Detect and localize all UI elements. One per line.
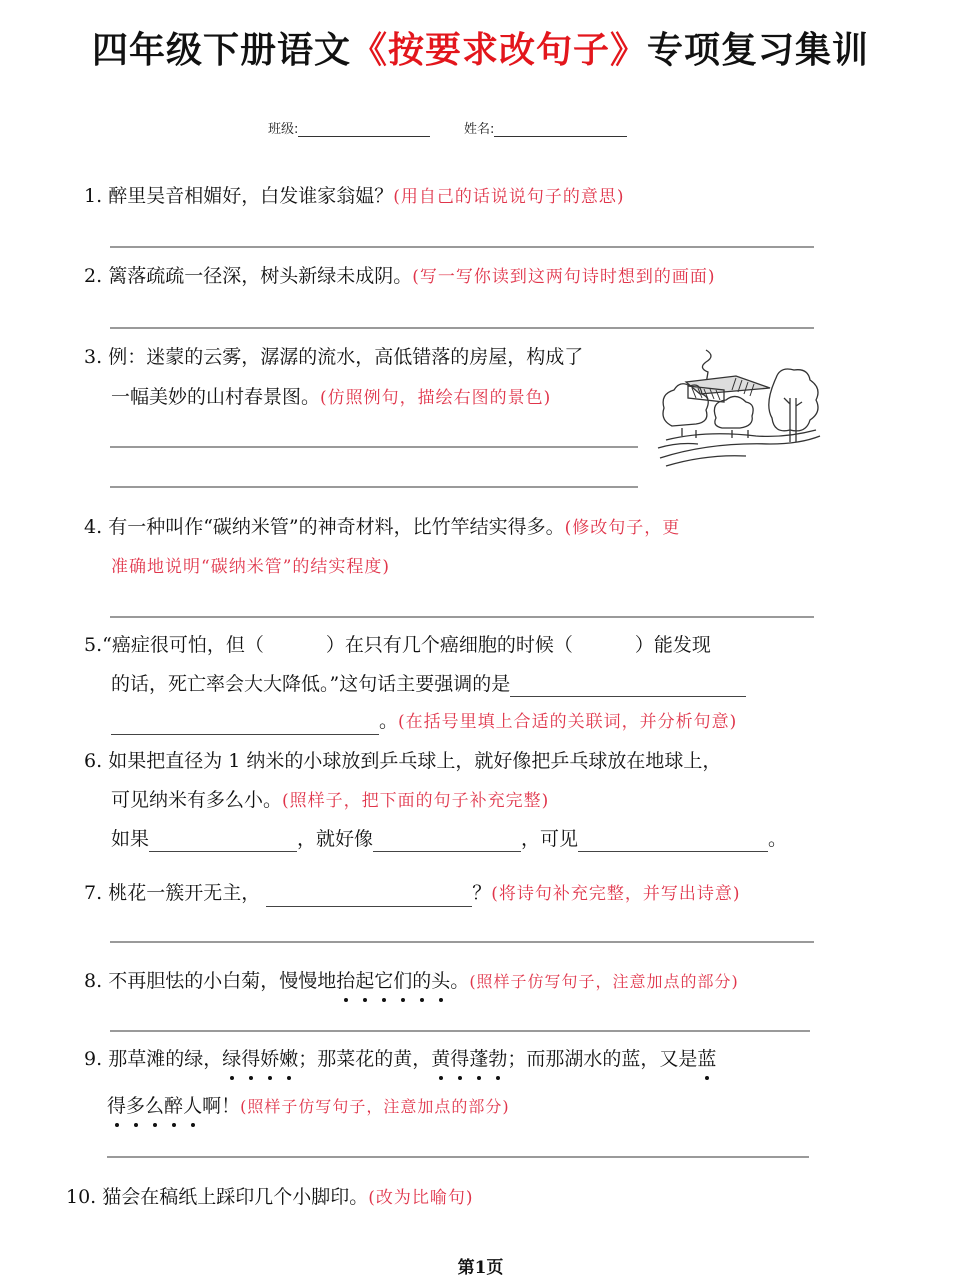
dotted-char: 多	[126, 1093, 145, 1119]
answer-blank-7a[interactable]	[266, 886, 472, 907]
answer-line-9[interactable]	[107, 1156, 809, 1158]
class-blank[interactable]	[298, 124, 430, 137]
question-4-line2: 准确地说明“碳纳米管”的结实程度)	[111, 553, 390, 580]
dotted-char: 嫩	[279, 1046, 298, 1072]
question-text: ；而那湖水的蓝，又是	[507, 1048, 697, 1070]
dotted-char: 们	[393, 968, 412, 994]
question-number: 1.	[84, 185, 102, 207]
question-5-line3: 。(在括号里填上合适的关联词，并分析句意)	[111, 708, 737, 735]
page-number: 第1页	[0, 1253, 961, 1278]
question-hint: (仿照例句，描绘右图的景色)	[320, 388, 551, 408]
question-hint: (用自己的话说说句子的意思)	[393, 187, 624, 207]
answer-line-3b[interactable]	[110, 486, 638, 488]
question-text: ；那菜花的黄，	[298, 1048, 431, 1070]
question-text: 那草滩的绿，	[108, 1048, 222, 1070]
title-suffix: 专项复习集训	[647, 30, 869, 71]
dotted-char: 蓝	[697, 1046, 716, 1072]
question-6-line2: 可见纳米有多么小。(照样子，把下面的句子补充完整)	[111, 787, 549, 814]
dotted-char: 么	[145, 1093, 164, 1119]
question-text: ）在只有几个癌细胞的时候（	[326, 634, 573, 656]
class-field[interactable]: 班级:	[268, 118, 430, 137]
question-text: 桃花一簇开无主，	[108, 882, 260, 904]
question-hint: (在括号里填上合适的关联词，并分析句意)	[398, 712, 737, 732]
dotted-char: 得	[107, 1093, 126, 1119]
answer-blank-6c[interactable]	[578, 831, 768, 852]
question-text: 可见纳米有多么小。	[111, 789, 282, 811]
question-4-line1: 4. 有一种叫作“碳纳米管”的神奇材料，比竹竿结实得多。(修改句子，更	[84, 514, 680, 541]
question-text: 篱落疏疏一径深，树头新绿未成阴。	[108, 265, 412, 287]
question-hint: (照样子，把下面的句子补充完整)	[282, 791, 549, 811]
answer-line-7[interactable]	[110, 941, 814, 943]
dotted-char: 得	[241, 1046, 260, 1072]
dotted-char: 人	[183, 1093, 202, 1119]
question-5-line1: 5.“癌症很可怕，但（）在只有几个癌细胞的时候（）能发现	[84, 632, 711, 658]
dotted-char: 得	[450, 1046, 469, 1072]
dotted-char: 头	[431, 968, 450, 994]
dotted-char: 黄	[431, 1046, 450, 1072]
question-3-line1: 3. 例：迷蒙的云雾，潺潺的流水，高低错落的房屋，构成了	[84, 344, 583, 370]
dotted-char: 蓬	[469, 1046, 488, 1072]
question-text: “癌症很可怕，但（	[102, 634, 264, 656]
question-hint: (照样子仿写句子，注意加点的部分)	[240, 1097, 510, 1116]
dotted-char: 醉	[164, 1093, 183, 1119]
question-number: 5.	[84, 634, 102, 656]
title-prefix: 四年级下册语文	[92, 30, 351, 71]
question-text: 。	[450, 970, 469, 992]
village-illustration	[656, 348, 824, 470]
answer-line-1[interactable]	[110, 246, 814, 248]
question-hint: (修改句子，更	[565, 518, 681, 538]
answer-blank-6a[interactable]	[149, 831, 297, 852]
question-text: 猫会在稿纸上踩印几个小脚印。	[102, 1186, 368, 1208]
question-hint: (照样子仿写句子，注意加点的部分)	[469, 972, 739, 991]
question-number: 4.	[84, 516, 102, 538]
question-text: 啊！	[202, 1095, 240, 1117]
name-label: 姓名:	[464, 122, 494, 137]
question-number: 9.	[84, 1048, 102, 1070]
question-text: 。	[379, 710, 398, 732]
answer-line-2[interactable]	[110, 327, 814, 329]
dotted-char: 它	[374, 968, 393, 994]
answer-line-8[interactable]	[110, 1030, 810, 1032]
dotted-char: 的	[412, 968, 431, 994]
question-5-line2: 的话，死亡率会大大降低。”这句话主要强调的是	[111, 671, 746, 697]
question-number: 2.	[84, 265, 102, 287]
question-text: ）能发现	[635, 634, 711, 656]
question-text: 一幅美妙的山村春景图。	[111, 386, 320, 408]
question-text: 醉里吴音相媚好，白发谁家翁媪？	[108, 185, 393, 207]
question-hint: (写一写你读到这两句诗时想到的画面)	[412, 267, 715, 287]
answer-line-4[interactable]	[110, 616, 814, 618]
question-3-line2: 一幅美妙的山村春景图。(仿照例句，描绘右图的景色)	[111, 384, 551, 411]
question-text: 不再胆怯的小白菊，慢慢地	[108, 970, 336, 992]
dotted-char: 勃	[488, 1046, 507, 1072]
dotted-char: 绿	[222, 1046, 241, 1072]
fill-text: 如果	[111, 828, 149, 850]
class-label: 班级:	[268, 122, 298, 137]
question-9-line1: 9. 那草滩的绿，绿得娇嫩；那菜花的黄，黄得蓬勃；而那湖水的蓝，又是蓝	[84, 1046, 716, 1072]
question-number: 6.	[84, 750, 102, 772]
question-number: 7.	[84, 882, 102, 904]
question-9-line2: 得多么醉人啊！(照样子仿写句子，注意加点的部分)	[107, 1093, 510, 1120]
question-text: 的话，死亡率会大大降低。”这句话主要强调的是	[111, 673, 510, 695]
question-hint: (将诗句补充完整，并写出诗意)	[491, 884, 740, 904]
question-text: ？	[472, 882, 491, 904]
question-text: 如果把直径为 1 纳米的小球放到乒乓球上，就好像把乒乓球放在地球上，	[108, 750, 721, 772]
fill-text: ，就好像	[297, 828, 373, 850]
question-2: 2. 篱落疏疏一径深，树头新绿未成阴。(写一写你读到这两句诗时想到的画面)	[84, 263, 715, 290]
answer-blank-5a[interactable]	[510, 676, 746, 697]
name-field[interactable]: 姓名:	[464, 118, 627, 137]
question-7: 7. 桃花一簇开无主，？(将诗句补充完整，并写出诗意)	[84, 880, 740, 907]
fill-text: ，可见	[521, 828, 578, 850]
question-number: 10.	[66, 1186, 96, 1208]
answer-line-3a[interactable]	[110, 446, 638, 448]
question-1: 1. 醉里吴音相媚好，白发谁家翁媪？(用自己的话说说句子的意思)	[84, 183, 624, 210]
page-title: 四年级下册语文《按要求改句子》专项复习集训	[0, 22, 961, 73]
question-6-line1: 6. 如果把直径为 1 纳米的小球放到乒乓球上，就好像把乒乓球放在地球上，	[84, 748, 721, 774]
question-10: 10. 猫会在稿纸上踩印几个小脚印。(改为比喻句)	[66, 1184, 474, 1211]
answer-blank-5b[interactable]	[111, 714, 379, 735]
question-number: 8.	[84, 970, 102, 992]
question-hint: 准确地说明“碳纳米管”的结实程度)	[111, 557, 390, 577]
question-8: 8. 不再胆怯的小白菊，慢慢地抬起它们的头。(照样子仿写句子，注意加点的部分)	[84, 968, 739, 995]
answer-blank-6b[interactable]	[373, 831, 521, 852]
question-text: 有一种叫作“碳纳米管”的神奇材料，比竹竿结实得多。	[108, 516, 564, 538]
question-text: 例：迷蒙的云雾，潺潺的流水，高低错落的房屋，构成了	[108, 346, 583, 368]
dotted-char: 娇	[260, 1046, 279, 1072]
title-highlight: 《按要求改句子》	[351, 30, 647, 71]
name-blank[interactable]	[494, 124, 627, 137]
fill-text: 。	[768, 828, 787, 850]
dotted-char: 抬	[336, 968, 355, 994]
dotted-char: 起	[355, 968, 374, 994]
question-hint: (改为比喻句)	[368, 1188, 473, 1208]
question-6-fill: 如果，就好像，可见。	[111, 826, 787, 852]
question-number: 3.	[84, 346, 102, 368]
